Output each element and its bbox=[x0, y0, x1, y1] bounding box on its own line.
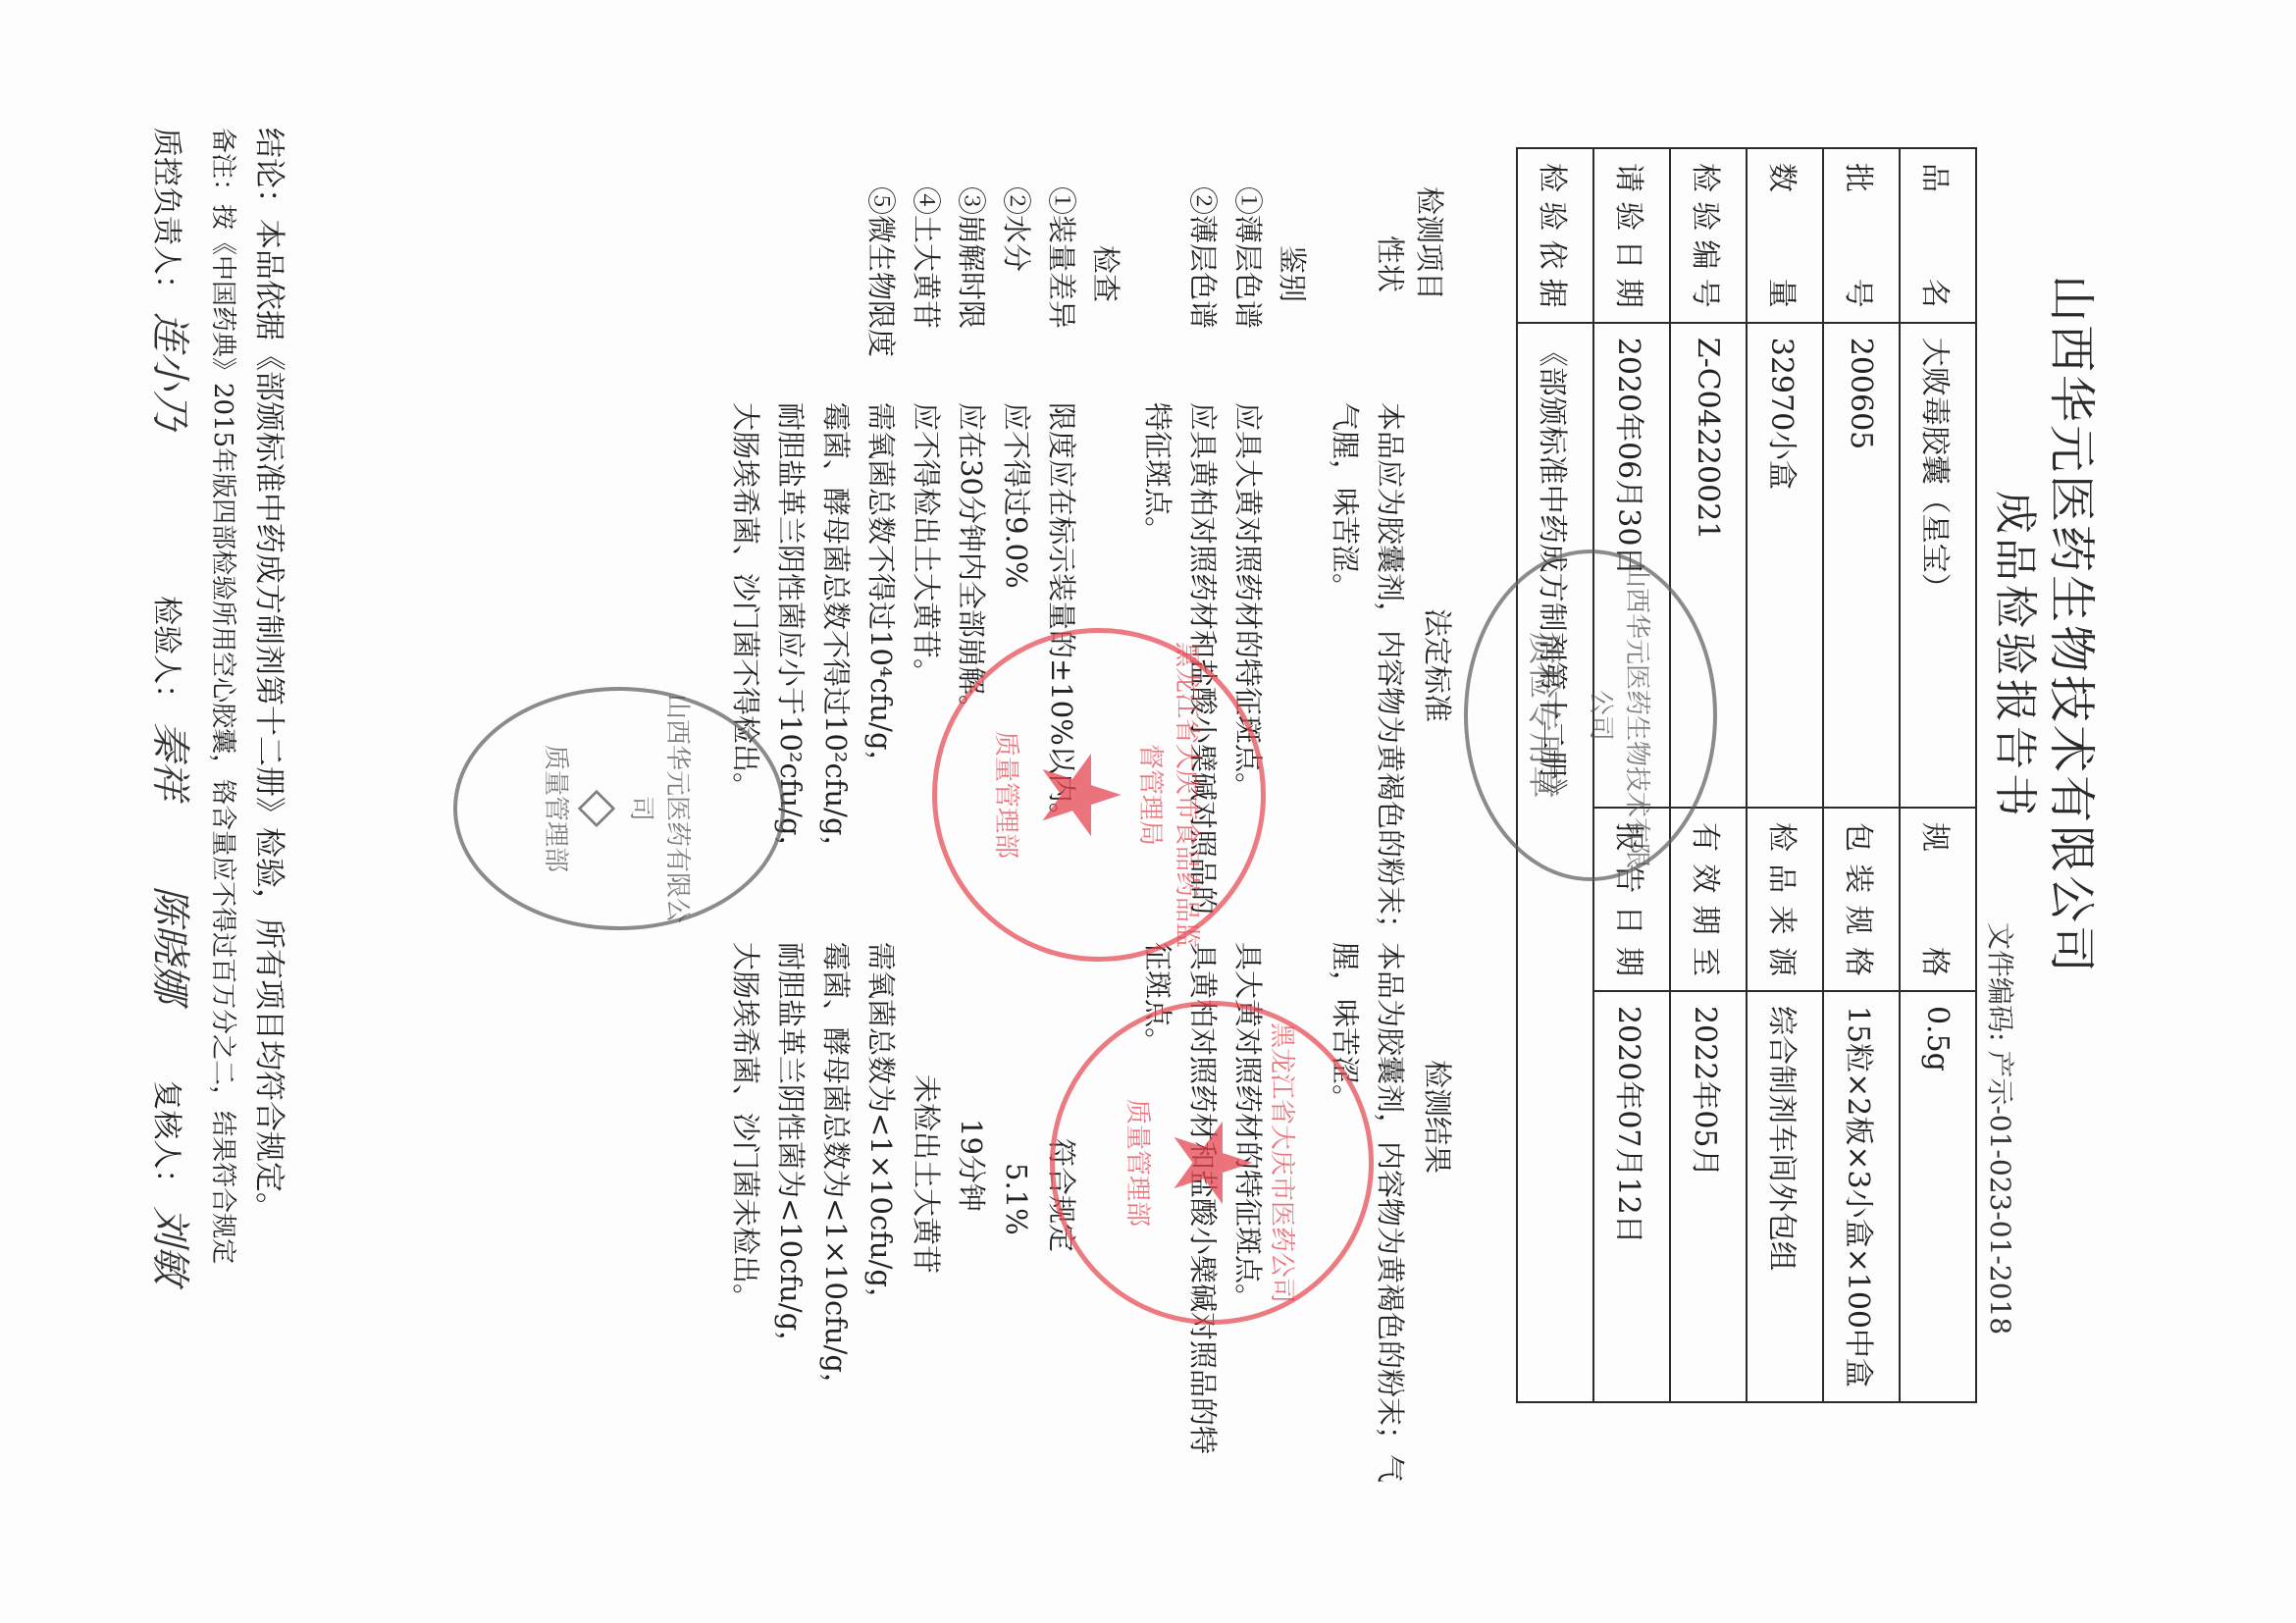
qc-manager-label: 质控负责人： bbox=[149, 128, 183, 304]
standard-line: 耐胆盐革兰阴性菌应小于10²cfu/g， bbox=[768, 402, 813, 864]
standard-line: 本品应为胶囊剂，内容物为黄褐色的粉末； bbox=[1368, 402, 1413, 943]
standard-tlc-2: 应具黄柏对照药材和盐酸小檗碱对照品的 特征斑点。 bbox=[1135, 402, 1226, 915]
product-info-table: 品 名 大败毒胶囊（星宝） 规 格 0.5g 批 号 200605 包装规格 1… bbox=[1516, 147, 1977, 1403]
standard-tlc-1: 应具大黄对照药材的特征斑点。 bbox=[1226, 402, 1271, 801]
item-character: 性状 bbox=[1368, 236, 1413, 292]
header-test-item: 检测项目 bbox=[1407, 186, 1452, 300]
report-title: 成品检验报告书 bbox=[1988, 491, 2051, 820]
seal-inner-text: 质量管理部 bbox=[991, 633, 1027, 957]
standard-character: 本品应为胶囊剂，内容物为黄褐色的粉末； 气腥，味苦涩。 bbox=[1323, 402, 1413, 943]
value-report-date: 2020年07月12日 bbox=[1593, 991, 1670, 1402]
reviewer-signature: 刘敏 bbox=[145, 1206, 201, 1284]
result-character: 本品为胶囊剂，内容物为黄褐色的粉末；气 腥，味苦涩。 bbox=[1323, 942, 1413, 1483]
standard-moisture: 应不得过9.0% bbox=[994, 402, 1039, 589]
result-line: 本品为胶囊剂，内容物为黄褐色的粉末；气 bbox=[1368, 942, 1413, 1483]
inspector-signature: 秦祥 bbox=[145, 721, 201, 800]
label-basis: 检验依据 bbox=[1517, 148, 1593, 323]
file-code-label: 文件编码: bbox=[1984, 922, 2016, 1041]
qc-manager-signature: 连小乃 bbox=[145, 312, 201, 430]
standard-rhaponticin: 应不得检出土大黄苷。 bbox=[904, 402, 949, 687]
item-moisture: ②水分 bbox=[994, 186, 1039, 272]
item-rhaponticin: ④土大黄苷 bbox=[904, 186, 949, 329]
table-row: 检验编号 Z-C04220021 有效期至 2022年05月 bbox=[1670, 148, 1747, 1402]
result-line: 腥，味苦涩。 bbox=[1323, 942, 1368, 1483]
standard-fill-variation: 限度应在标示装量的±10%以内。 bbox=[1039, 402, 1084, 831]
standard-line: 气腥，味苦涩。 bbox=[1323, 402, 1368, 943]
standard-line: 大肠埃希菌、沙门菌不得检出。 bbox=[723, 402, 768, 864]
label-source: 检品来源 bbox=[1747, 808, 1823, 991]
label-request-date: 请验日期 bbox=[1593, 148, 1670, 323]
file-code-value: 产示-01-023-01-2018 bbox=[1984, 1050, 2016, 1335]
label-expiry: 有效期至 bbox=[1670, 808, 1747, 991]
header-standard: 法定标准 bbox=[1415, 608, 1460, 722]
standard-line: 霉菌、酵母菌总数不得过10²cfu/g， bbox=[813, 402, 859, 864]
result-line: 征斑点。 bbox=[1135, 942, 1180, 1454]
seal-inner-text: 质量管理部 bbox=[541, 691, 577, 926]
seal-outer-text: 黑龙江省大庆市医药公司 bbox=[1266, 1022, 1302, 1303]
second-inspector-signature: 陈晓娜 bbox=[145, 885, 201, 1003]
value-product-name: 大败毒胶囊（星宝） bbox=[1900, 323, 1976, 808]
heading-inspection: 检查 bbox=[1083, 245, 1128, 302]
reviewer-label: 复核人： bbox=[149, 1080, 183, 1198]
diamond-icon: ◇ bbox=[577, 691, 626, 926]
item-fill-variation: ①装量差异 bbox=[1039, 186, 1084, 329]
header-result: 检测结果 bbox=[1415, 1060, 1460, 1174]
label-batch: 批 号 bbox=[1823, 148, 1900, 323]
standard-line: 需氧菌总数不得过10⁴cfu/g， bbox=[859, 402, 904, 864]
value-batch: 200605 bbox=[1823, 323, 1900, 808]
result-microbial-limit: 需氧菌总数为<1×10cfu/g， 霉菌、酵母菌总数为<1×10cfu/g， 耐… bbox=[723, 942, 904, 1401]
conclusion-text: 结论：本品依据《部颁标准中药成方制剂第十二册》检验，所有项目均符合规定。 bbox=[250, 128, 294, 1223]
label-packaging: 包装规格 bbox=[1823, 808, 1900, 991]
result-rhaponticin: 未检出土大黄苷 bbox=[904, 1074, 949, 1274]
inspector-label: 检验人： bbox=[149, 596, 183, 713]
company-name: 山西华元医药生物技术有限公司 bbox=[2042, 275, 2110, 975]
result-line: 霉菌、酵母菌总数为<1×10cfu/g， bbox=[813, 942, 859, 1401]
table-row: 数 量 32970小盒 检品来源 综合制剂车间外包组 bbox=[1747, 148, 1823, 1402]
value-expiry: 2022年05月 bbox=[1670, 991, 1747, 1402]
value-test-number: Z-C04220021 bbox=[1670, 323, 1747, 808]
result-tlc-1: 具大黄对照药材的特征斑点。 bbox=[1226, 942, 1271, 1312]
value-basis: 《部颁标准中药成方制剂第十二册》 bbox=[1517, 323, 1593, 1402]
table-row: 品 名 大败毒胶囊（星宝） 规 格 0.5g bbox=[1900, 148, 1976, 1402]
result-line: 具黄柏对照药材和盐酸小檗碱对照品的特 bbox=[1180, 942, 1226, 1454]
result-line: 大肠埃希菌、沙门菌未检出。 bbox=[723, 942, 768, 1401]
item-disintegration: ③崩解时限 bbox=[949, 186, 994, 329]
label-report-date: 报告日期 bbox=[1593, 808, 1670, 991]
item-tlc-1: ①薄层色谱 bbox=[1226, 186, 1271, 329]
value-request-date: 2020年06月30日 bbox=[1593, 323, 1670, 808]
value-spec: 0.5g bbox=[1900, 991, 1976, 1402]
result-line: 耐胆盐革兰阴性菌为<10cfu/g， bbox=[768, 942, 813, 1401]
result-disintegration: 19分钟 bbox=[949, 1119, 994, 1212]
standard-disintegration: 应在30分钟内全部崩解。 bbox=[949, 402, 994, 723]
standard-line: 应具黄柏对照药材和盐酸小檗碱对照品的 bbox=[1180, 402, 1226, 915]
label-spec: 规 格 bbox=[1900, 808, 1976, 991]
signature-row: 质控负责人：连小乃 检验人：秦祥 陈晓娜 复核人：刘敏 bbox=[145, 128, 201, 1284]
item-tlc-2: ②薄层色谱 bbox=[1180, 186, 1226, 329]
label-test-number: 检验编号 bbox=[1670, 148, 1747, 323]
heading-identification: 鉴别 bbox=[1270, 245, 1315, 302]
table-row: 请验日期 2020年06月30日 报告日期 2020年07月12日 bbox=[1593, 148, 1670, 1402]
item-microbial-limit: ⑤微生物限度 bbox=[859, 186, 904, 357]
seal-outer-text: 山西华元医药有限公司 bbox=[626, 691, 699, 926]
value-packaging: 15粒×2板×3小盒×100中盒 bbox=[1823, 991, 1900, 1402]
label-quantity: 数 量 bbox=[1747, 148, 1823, 323]
inspection-report-page: 山西华元医药生物技术有限公司 成品检验报告书 文件编码: 产示-01-023-0… bbox=[0, 0, 2296, 1623]
label-product-name: 品 名 bbox=[1900, 148, 1976, 323]
result-line: 需氧菌总数为<1×10cfu/g， bbox=[859, 942, 904, 1401]
result-moisture: 5.1% bbox=[994, 1163, 1039, 1235]
standard-microbial-limit: 需氧菌总数不得过10⁴cfu/g， 霉菌、酵母菌总数不得过10²cfu/g， 耐… bbox=[723, 402, 904, 864]
value-quantity: 32970小盒 bbox=[1747, 323, 1823, 808]
value-source: 综合制剂车间外包组 bbox=[1747, 991, 1823, 1402]
result-fill-variation: 符合规定 bbox=[1039, 1138, 1084, 1252]
standard-line: 特征斑点。 bbox=[1135, 402, 1180, 915]
file-code: 文件编码: 产示-01-023-01-2018 bbox=[1982, 922, 2021, 1335]
table-row: 批 号 200605 包装规格 15粒×2板×3小盒×100中盒 bbox=[1823, 148, 1900, 1402]
remark-text: 备注：按《中国药典》2015年版四部检验所用空心胶囊，铬含量应不得过百万分之二，… bbox=[207, 128, 243, 1264]
table-row: 检验依据 《部颁标准中药成方制剂第十二册》 bbox=[1517, 148, 1593, 1402]
result-tlc-2: 具黄柏对照药材和盐酸小檗碱对照品的特 征斑点。 bbox=[1135, 942, 1226, 1454]
